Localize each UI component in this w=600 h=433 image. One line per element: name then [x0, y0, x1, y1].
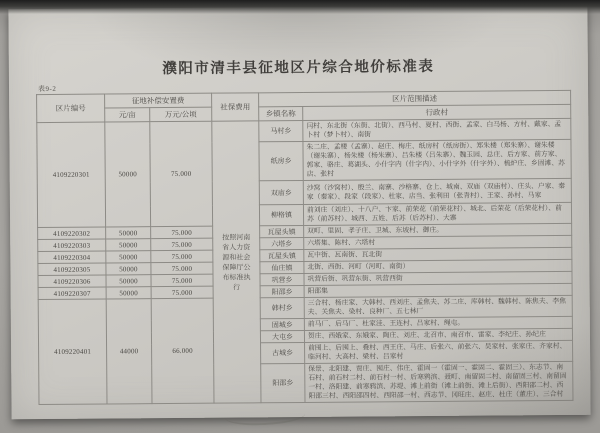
price-wan-cell: 75.000 — [151, 286, 213, 298]
social-note-cell: 按照河南省人力资源和社会保障厅公布标准执行 — [212, 121, 261, 403]
price-wan-cell: 75.000 — [151, 226, 213, 238]
price-yuan-cell: 50000 — [106, 227, 151, 239]
price-wan-cell: 75.000 — [151, 262, 213, 274]
header-wan-per-ha: 万元/公顷 — [150, 107, 212, 121]
township-cell: 古城乡 — [261, 342, 305, 363]
table-number-label: 表9-2 — [38, 84, 56, 94]
township-cell: 巩营乡 — [260, 273, 304, 285]
price-yuan-cell: 44000 — [106, 299, 152, 404]
price-yuan-cell: 50000 — [105, 122, 151, 227]
township-cell: 双庙乡 — [259, 180, 303, 204]
villages-cell: 三合村、杨庄家、大韩村、西刘庄、孟焦夫、苏二庄、库韩村、魏韩村、陈焦夫、李焦夫、… — [304, 295, 572, 318]
township-cell: 瓦屋头镇 — [260, 249, 304, 261]
township-cell: 韩村乡 — [260, 297, 304, 318]
region-code-cell: 4109220303 — [38, 239, 106, 252]
price-wan-cell: 75.000 — [151, 274, 213, 286]
villages-cell: 前囤上、后囤上、叠村、西王庄、马庄、后张六、前张六、吴家村、张家庄、齐家村、临河… — [305, 340, 573, 363]
region-code-cell: 4109220401 — [38, 299, 107, 405]
header-yuan-per-mu: 元/亩 — [105, 108, 150, 122]
region-code-cell: 4109220302 — [38, 227, 106, 240]
price-wan-cell: 66.000 — [151, 298, 214, 403]
price-yuan-cell: 50000 — [106, 275, 151, 287]
township-cell: 马村乡 — [259, 120, 303, 141]
price-yuan-cell: 50000 — [106, 263, 151, 275]
header-compensation: 征地补偿安置费 — [105, 93, 212, 108]
header-region-code: 区片编号 — [37, 94, 105, 123]
villages-cell: 前刘庄（刘庄）、十八户、卞家、前荣花（前荣花村）、城北、后荣花（后荣花村）、前苏… — [303, 202, 571, 225]
township-cell: 固城乡 — [260, 318, 304, 330]
villages-cell: 保景、北阳建、贾庄、囤庄、伟庄、霍固一（霍固一、霍固二、霍固三）、东志节、南石村… — [305, 361, 573, 402]
region-code-cell: 4109220301 — [37, 122, 106, 228]
township-cell: 仙庄镇 — [260, 261, 304, 273]
price-wan-cell: 75.000 — [150, 121, 213, 226]
township-cell: 柳格镇 — [259, 204, 303, 225]
header-social-fee: 社保费用 — [212, 93, 259, 121]
price-yuan-cell: 50000 — [106, 239, 151, 251]
header-township: 乡镇名称 — [259, 106, 303, 120]
township-cell: 阳邵乡 — [260, 285, 304, 297]
scanned-page: 濮阳市清丰县征地区片综合地价标准表 表9-2 区片编号 征地补偿安置费 社保费用… — [8, 5, 590, 420]
villages-cell: 朱二庄、孟楼（孟寨）、赵庄、梅庄、纸房村（纸房街）、郑朱楼（郑朱寨）、谢朱楼（谢… — [303, 139, 571, 180]
region-code-cell: 4109220307 — [38, 287, 106, 300]
region-code-cell: 4109220305 — [38, 263, 106, 276]
township-cell: 大屯乡 — [260, 330, 304, 342]
region-code-cell: 4109220304 — [38, 251, 106, 264]
land-price-table: 区片编号 征地补偿安置费 社保费用 区片范围描述 元/亩 万元/公顷 乡镇名称 … — [36, 90, 573, 405]
price-yuan-cell: 50000 — [106, 251, 151, 263]
page-title: 濮阳市清丰县征地区片综合地价标准表 — [9, 54, 588, 80]
township-cell: 阳邵乡 — [261, 363, 305, 402]
villages-cell: 沙窝（沙窝村）、殷兰、南寨、沙格寨、仓上、城南、双庙（双庙村）、庄头、户家、秦家… — [303, 178, 571, 204]
price-wan-cell: 75.000 — [151, 238, 213, 250]
price-yuan-cell: 50000 — [106, 287, 151, 299]
villages-cell: 闫村、东北街（东街、北街）、西马村、夏村、西街、孟家、白马杨、方村、戴家、孟卜村… — [303, 118, 571, 141]
price-wan-cell: 75.000 — [151, 250, 213, 262]
township-cell: 瓦屋头镇 — [260, 225, 304, 237]
region-code-cell: 4109220306 — [38, 275, 106, 288]
township-cell: 纸房乡 — [259, 141, 303, 180]
township-cell: 六塔乡 — [260, 237, 304, 249]
